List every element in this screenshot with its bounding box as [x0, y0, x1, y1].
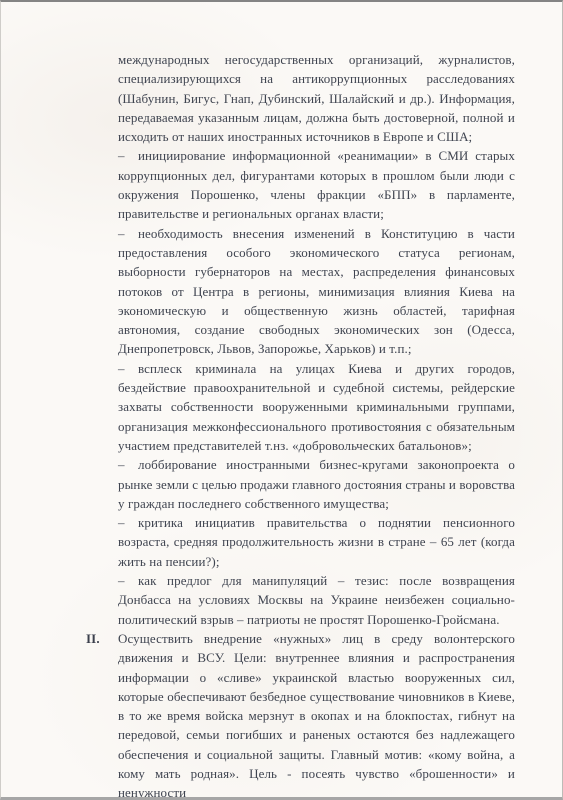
bullet-dash: –	[118, 146, 138, 165]
bullet-text: лоббирование иностранными бизнес-кругами…	[118, 457, 515, 511]
bullet-dash: –	[118, 513, 138, 532]
bullet-text: критика инициатив правительства о поднят…	[118, 515, 515, 569]
bullet-dash: –	[118, 359, 138, 378]
bullet-item: –необходимость внесения изменений в Конс…	[118, 224, 515, 359]
bullet-item: –критика инициатив правительства о подня…	[118, 513, 515, 571]
numbered-item-text: Осуществить внедрение «нужных» лиц в сре…	[118, 631, 515, 800]
bullet-text: необходимость внесения изменений в Конст…	[118, 226, 515, 357]
bullet-dash: –	[118, 571, 138, 590]
bullet-item: –как предлог для манипуляций – тезис: по…	[118, 571, 515, 629]
bullet-item: –лоббирование иностранными бизнес-кругам…	[118, 455, 515, 513]
bullet-dash: –	[118, 455, 138, 474]
scanned-document-page: международных негосударственных организа…	[0, 0, 563, 800]
numbered-item-marker: II.	[86, 629, 100, 648]
document-text-block: международных негосударственных организа…	[118, 50, 515, 800]
bullet-item: –инициирование информационной «реанимаци…	[118, 146, 515, 223]
bullet-dash: –	[118, 224, 138, 243]
bullet-text: инициирование информационной «реанимации…	[118, 148, 515, 221]
bullet-text: всплеск криминала на улицах Киева и друг…	[118, 361, 515, 453]
numbered-item-ii: II.Осуществить внедрение «нужных» лиц в …	[118, 629, 515, 800]
paragraph-continuation: международных негосударственных организа…	[118, 50, 515, 146]
bullet-item: –всплеск криминала на улицах Киева и дру…	[118, 359, 515, 455]
bullet-text: как предлог для манипуляций – тезис: пос…	[118, 573, 515, 627]
